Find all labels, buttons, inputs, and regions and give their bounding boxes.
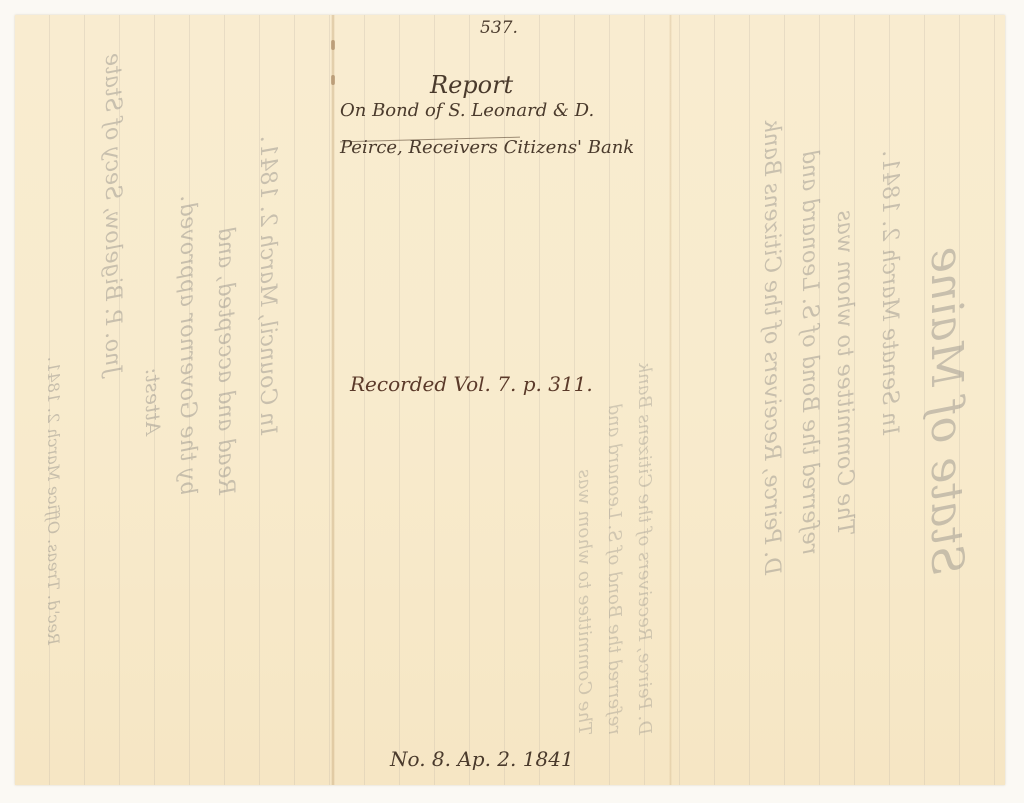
bleed-line: Jno. P. Bigelow, Secy of State	[100, 53, 125, 375]
bleed-line: Rec'd. Treas. Office March 2. 1841.	[44, 357, 63, 645]
bleed-line: Attest:	[141, 368, 165, 435]
center-panel: The Committee to whom was referred the B…	[335, 15, 670, 785]
report-subject-line-2: Peirce, Receivers Citizens' Bank	[340, 137, 634, 158]
right-panel: State of Maine In Senate March 2. 1841. …	[672, 15, 1005, 785]
report-subject-line-1: On Bond of S. Leonard & D.	[340, 100, 594, 121]
file-note: No. 8. Ap. 2. 1841	[390, 747, 574, 771]
bleed-line: D. Peirce, Receivers of the Citizens Ban…	[634, 362, 655, 735]
bleed-line: Read and accepted, and	[213, 227, 238, 495]
bleed-line: referred the Bond of S. Leonard and	[797, 150, 822, 555]
bleed-line: In Senate March 2. 1841.	[877, 150, 902, 435]
recorded-prefix: Recorded Vol. 7. p.	[350, 372, 542, 396]
bleed-line: The Committee to whom was	[574, 469, 595, 735]
recorded-page: 311.	[548, 372, 593, 396]
bleed-line: D. Peirce, Receivers of the Citizens Ban…	[759, 119, 784, 575]
bleed-line: by the Governor approved.	[175, 195, 200, 495]
left-panel: In Council, March 2. 1841. Read and acce…	[15, 15, 333, 785]
bleed-line: In Council, March 2. 1841.	[255, 136, 280, 435]
bleed-heading: State of Maine	[921, 247, 972, 575]
docket-number: 537.	[480, 18, 518, 38]
bleed-line: The Committee to whom was	[832, 210, 857, 535]
paper-sheet: In Council, March 2. 1841. Read and acce…	[15, 15, 1005, 785]
document-scan: In Council, March 2. 1841. Read and acce…	[0, 0, 1024, 803]
bleed-line: referred the Bond of S. Leonard and	[604, 403, 625, 735]
recorded-note: Recorded Vol. 7. p. 311.	[350, 372, 593, 396]
report-title: Report	[430, 71, 513, 99]
